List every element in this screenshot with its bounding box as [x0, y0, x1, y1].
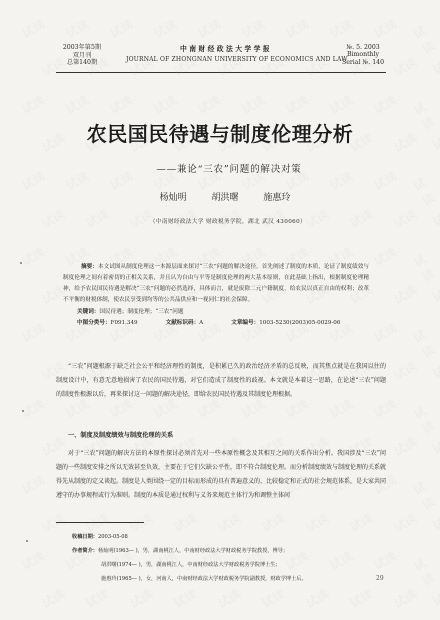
page-number: 29	[376, 575, 384, 582]
section-1-body: 对于“三农”问题的解决方法的本原性探讨必须首先对一些本原性概念及其相互之间的关系…	[56, 447, 386, 503]
article-title: 农民国民待遇与制度伦理分析	[0, 118, 440, 147]
keywords-value: 国民待遇；制度伦理；“三农”问题	[99, 309, 183, 315]
article-no-label: 文章编号：	[231, 320, 259, 326]
intro-paragraph: “三农”问题根源于缺乏社会公平和经济理性的制度，是积累已久的政治经济矛盾的总反映…	[56, 360, 386, 402]
issue-line: 2003年第5期	[56, 44, 108, 52]
clc-value: F091.349	[111, 320, 138, 326]
paper-page: 2003年第5期 双月刊 总第140期 中南财经政法大学学报 JOURNAL O…	[0, 0, 440, 620]
scan-speck	[26, 540, 28, 542]
serial-line: 总第140期	[56, 59, 108, 67]
abstract-paragraph: 摘要：本文试图从制度伦理这一本源层面来探讨“三农”问题的解决途径。首先阐述了制度…	[63, 262, 369, 306]
author-bio: 胡洪曙(1974— )，男，湖南桃江人，中南财经政法大学财政税务学院博士生；	[72, 558, 392, 572]
section-paragraph: 对于“三农”问题的解决方法的本原性探讨必须首先对一些本原性概念及其相互之间的关系…	[56, 447, 386, 503]
author-bio-label: 作者简介：	[72, 548, 98, 554]
author-list: 杨灿明 胡洪曙 施惠玲	[0, 190, 440, 203]
classification-line: 中图分类号：F091.349 文献标识码：A 文章编号：1003-5230(20…	[63, 318, 369, 329]
article-subtitle: ——兼论“三农”问题的解决对策	[0, 161, 440, 175]
received-date: 收稿日期：2003-05-08	[72, 530, 392, 544]
serial-line-en: Serial №. 140	[340, 59, 386, 66]
frequency-line-en: Bimonthly	[340, 51, 386, 58]
document-code: 文献标识码：A	[166, 318, 204, 329]
journal-header: 2003年第5期 双月刊 总第140期 中南财经政法大学学报 JOURNAL O…	[56, 44, 386, 74]
author-bio: 施惠玲(1965— )，女，河南人，中南财经政法大学财政税务学院副教授，财政学博…	[72, 572, 392, 586]
clc-label: 中图分类号：	[77, 320, 111, 326]
footnotes: 收稿日期：2003-05-08 作者简介：杨灿明(1963— )，男，湖南桃江人…	[72, 530, 392, 586]
author-bio-text: 杨灿明(1963— )，男，湖南桃江人，中南财经政法大学财政税务学院教授，博导；	[98, 548, 288, 554]
article-number: 文章编号：1003-5230(2003)05-0029-06	[231, 318, 340, 329]
scan-speck	[20, 262, 22, 264]
article-no-value: 1003-5230(2003)05-0029-06	[259, 320, 340, 326]
doc-code-label: 文献标识码：	[166, 320, 200, 326]
keywords-label: 关键词：	[77, 309, 99, 315]
section-heading: 一、制度及制度绩效与制度伦理的关系	[68, 430, 173, 439]
issue-info-cn: 2003年第5期 双月刊 总第140期	[56, 44, 108, 67]
keywords: 关键词：国民待遇；制度伦理；“三农”问题	[63, 307, 369, 318]
scan-speck	[22, 410, 24, 412]
abstract-block: 摘要：本文试图从制度伦理这一本源层面来探讨“三农”问题的解决途径。首先阐述了制度…	[63, 262, 369, 329]
author: 杨灿明	[160, 193, 187, 203]
issue-info-en: №. 5. 2003 Bimonthly Serial №. 140	[340, 44, 386, 66]
footnote-rule	[56, 522, 144, 523]
journal-name-cn: 中南财经政法大学学报	[126, 44, 326, 54]
clc-code: 中图分类号：F091.349	[77, 318, 138, 329]
abstract-text: 本文试图从制度伦理这一本源层面来探讨“三农”问题的解决途径。首先阐述了制度的本质…	[63, 264, 369, 303]
doc-code-value: A	[199, 320, 203, 326]
intro-section: “三农”问题根源于缺乏社会公平和经济理性的制度，是积累已久的政治经济矛盾的总反映…	[56, 360, 386, 402]
abstract-label: 摘要：	[81, 264, 98, 270]
received-label: 收稿日期：	[72, 534, 98, 540]
affiliation: （中南财经政法大学 财政税务学院，湖北 武汉 430060）	[0, 217, 440, 225]
journal-name-en: JOURNAL OF ZHONGNAN UNIVERSITY OF ECONOM…	[126, 54, 326, 66]
issue-line-en: №. 5. 2003	[340, 44, 386, 51]
author: 胡洪曙	[211, 193, 238, 203]
journal-name: 中南财经政法大学学报 JOURNAL OF ZHONGNAN UNIVERSIT…	[126, 44, 326, 66]
received-value: 2003-05-08	[98, 534, 128, 540]
author: 施惠玲	[263, 193, 290, 203]
author-bio: 作者简介：杨灿明(1963— )，男，湖南桃江人，中南财经政法大学财政税务学院教…	[72, 544, 392, 558]
header-rule	[56, 72, 386, 73]
